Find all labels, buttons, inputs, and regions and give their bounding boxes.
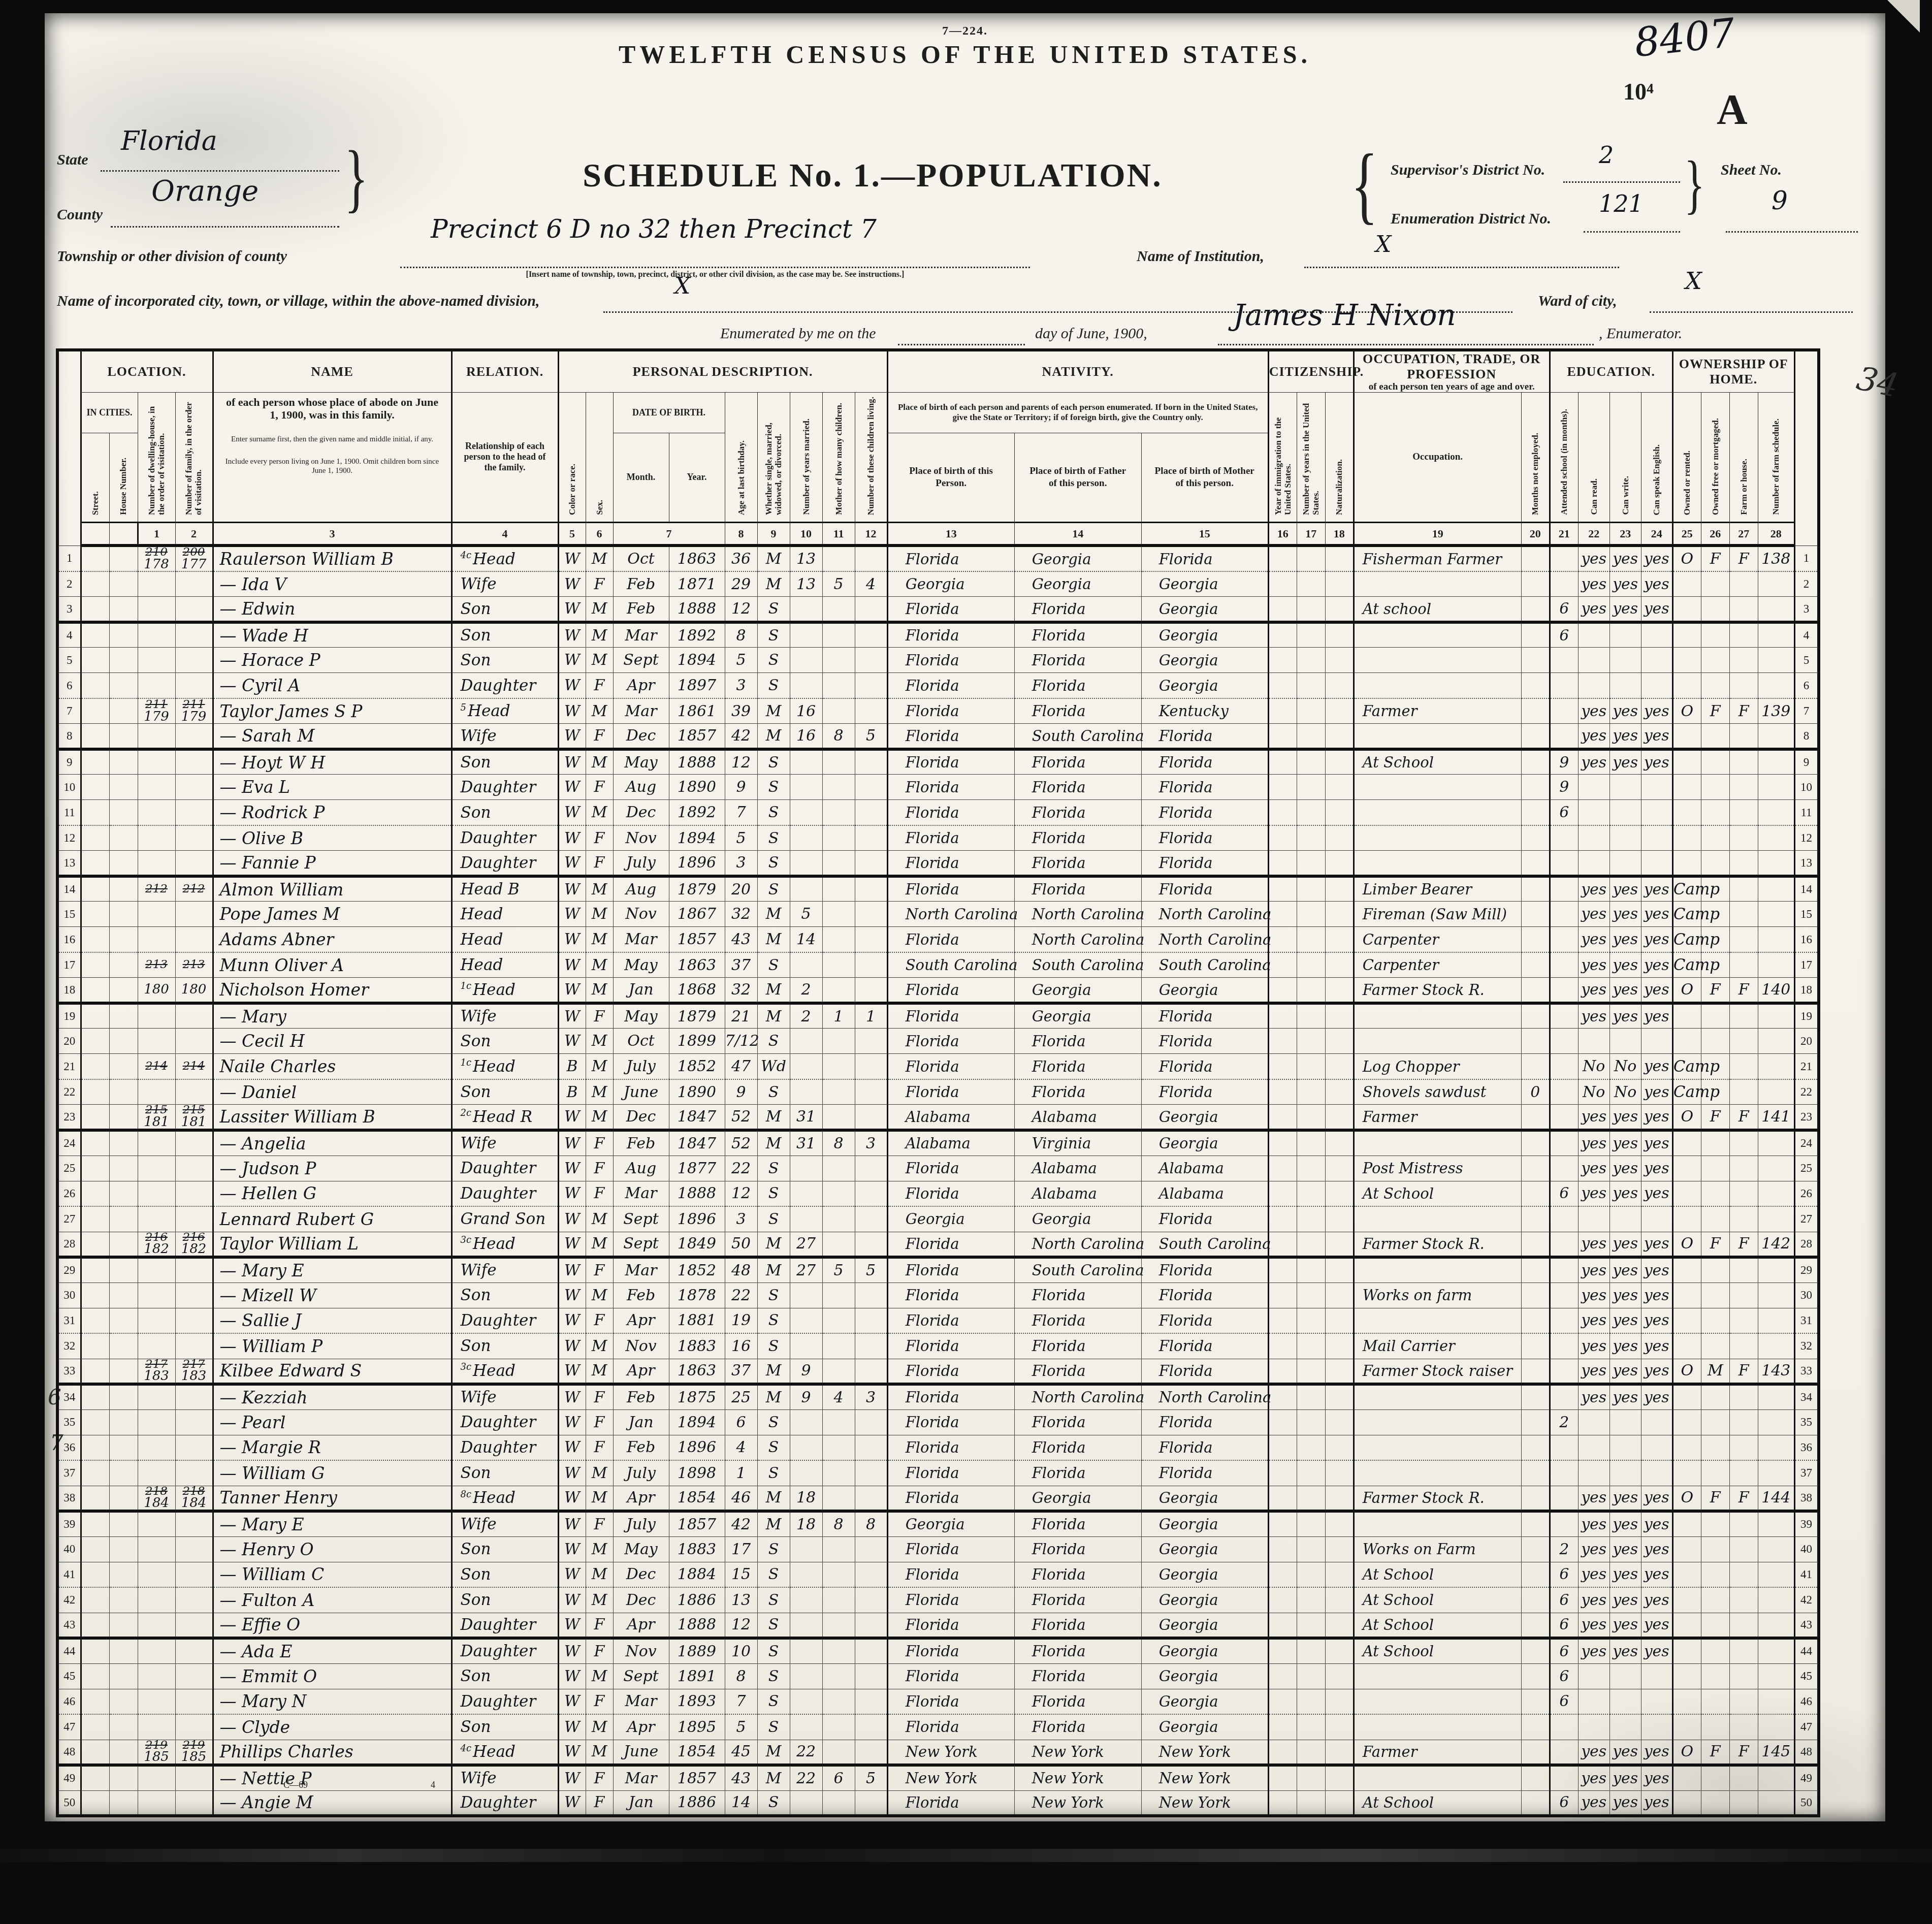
cell-immigration-year [1268,851,1297,876]
table-row: 14212212Almon WilliamHead BWMAug187920SF… [57,876,1819,902]
cell-house-number [109,1460,138,1486]
house-number-header: House Number. [109,433,138,522]
cell-sex: F [586,1613,613,1638]
cell-dwelling-number: 215181 [138,1105,175,1130]
cell-attended-school [1550,1308,1578,1333]
cell-can-speak-english: yes [1641,876,1672,902]
cell-birthplace: Florida [887,1003,1014,1029]
cell-owned-free-or-mortgaged [1701,1409,1729,1435]
cell-birth-month: July [613,1460,669,1486]
cell-years-in-us [1297,597,1325,622]
ward-value: X [1685,267,1702,295]
cell-farm-or-house [1729,1206,1758,1232]
cell-months-not-employed [1521,571,1550,597]
cell-birth-month: Dec [613,1562,669,1587]
row-number-right: 14 [1794,876,1819,902]
cell-farm-or-house [1729,902,1758,927]
cell-birth-month: Apr [613,1714,669,1740]
cell-father-birthplace: Georgia [1014,978,1141,1003]
cell-farm-or-house [1729,622,1758,648]
cell-years-in-us [1297,1740,1325,1765]
table-header: LOCATION. NAME RELATION. PERSONAL DESCRI… [57,350,1819,546]
stamp-letter: A [1717,85,1748,135]
cell-relation: Daughter [452,825,558,851]
cell-birthplace: Florida [887,1689,1014,1714]
cell-street [81,800,109,825]
cell-relation: Son [452,1029,558,1054]
cell-occupation [1354,673,1521,698]
cell-name: — Hellen G [213,1181,452,1206]
cell-birth-month: Feb [613,1384,669,1409]
row-number-right: 1 [1794,546,1819,571]
cell-immigration-year [1268,1409,1297,1435]
cell-dwelling-number [138,749,175,775]
row-number-right: 30 [1794,1282,1819,1308]
cell-children-living [855,952,887,978]
cell-children-living [855,800,887,825]
cell-can-write: yes [1609,1638,1641,1663]
cell-age: 16 [725,1333,757,1359]
row-number-left: 28 [57,1232,81,1257]
cell-birth-month: Nov [613,902,669,927]
cell-age: 52 [725,1130,757,1156]
cell-years-married [790,1790,822,1816]
cell-marital-status: S [757,1435,790,1460]
cell-children-living [855,1714,887,1740]
cell-relation: Son [452,1460,558,1486]
cell-farm-or-house [1729,1663,1758,1689]
cell-can-write: yes [1609,902,1641,927]
cell-years-in-us [1297,1663,1325,1689]
township-note: [Insert name of township, town, precinct… [400,270,1030,279]
column-number-24: 24 [1641,522,1672,546]
cell-birthplace: Florida [887,1156,1014,1181]
cell-months-not-employed [1521,749,1550,775]
cell-family-number [175,1257,213,1282]
cell-street [81,1765,109,1790]
cell-occupation: At School [1354,1613,1521,1638]
table-row: 48219185219185Phillips Charles4cHeadWMJu… [57,1740,1819,1765]
cell-street [81,1308,109,1333]
cell-can-write: yes [1609,1333,1641,1359]
cell-attended-school: 6 [1550,1663,1578,1689]
cell-months-not-employed [1521,952,1550,978]
cell-age: 50 [725,1232,757,1257]
cell-children-living [855,1282,887,1308]
cell-color-race: W [558,876,586,902]
cell-can-speak-english: yes [1641,1257,1672,1282]
cell-years-married [790,1079,822,1105]
cell-naturalization [1325,1536,1354,1562]
cell-marital-status: S [757,800,790,825]
cell-father-birthplace: Florida [1014,648,1141,673]
cell-family-number: 218184 [175,1486,213,1511]
cell-birth-year: 1857 [669,1765,725,1790]
row-number-left: 7 [57,698,81,724]
cell-marital-status: S [757,1206,790,1232]
location-group-header: LOCATION. [81,350,213,392]
cell-owned-free-or-mortgaged [1701,1156,1729,1181]
cell-attended-school [1550,1029,1578,1054]
cell-can-speak-english: yes [1641,1003,1672,1029]
cell-children-living: 3 [855,1384,887,1409]
cell-birthplace: Florida [887,1587,1014,1613]
cell-years-married: 22 [790,1740,822,1765]
cell-house-number [109,825,138,851]
cell-years-in-us [1297,1511,1325,1536]
cell-owned-or-rented [1672,1663,1701,1689]
cell-house-number [109,622,138,648]
cell-immigration-year [1268,1435,1297,1460]
cell-immigration-year [1268,546,1297,571]
cell-mother-birthplace: Georgia [1141,1613,1268,1638]
cell-months-not-employed [1521,1689,1550,1714]
cell-children-living [855,1409,887,1435]
cell-birth-month: Jan [613,1790,669,1816]
cell-can-read [1578,1206,1609,1232]
cell-relation: Son [452,648,558,673]
cell-can-read: yes [1578,876,1609,902]
cell-attended-school [1550,1435,1578,1460]
cell-age: 6 [725,1409,757,1435]
table-row: 1210178200177Raulerson William B4cHeadWM… [57,546,1819,571]
cell-naturalization [1325,775,1354,800]
row-number-left: 31 [57,1308,81,1333]
cell-birth-month: Sept [613,1232,669,1257]
cell-mother-birthplace: South Carolina [1141,952,1268,978]
cell-months-not-employed [1521,800,1550,825]
cell-owned-or-rented: O [1672,978,1701,1003]
month-header: Month. [613,433,669,522]
table-row: 10— Eva LDaughterWFAug18909SFloridaFlori… [57,775,1819,800]
cell-sex: M [586,1740,613,1765]
cell-months-not-employed [1521,1460,1550,1486]
cell-birth-month: Sept [613,1663,669,1689]
cell-can-speak-english: yes [1641,902,1672,927]
cell-months-not-employed [1521,978,1550,1003]
cell-years-in-us [1297,698,1325,724]
cell-can-write [1609,1663,1641,1689]
cell-house-number [109,800,138,825]
cell-color-race: W [558,571,586,597]
cell-name: Nicholson Homer [213,978,452,1003]
cell-mother-birthplace: Florida [1141,1206,1268,1232]
cell-years-in-us [1297,648,1325,673]
cell-attended-school [1550,1003,1578,1029]
cell-birthplace: Florida [887,825,1014,851]
cell-birth-month: Mar [613,927,669,952]
cell-months-not-employed [1521,1714,1550,1740]
cell-family-number [175,1511,213,1536]
cell-age: 42 [725,724,757,749]
cell-birth-year: 1896 [669,851,725,876]
cell-years-in-us [1297,902,1325,927]
cell-birth-month: Feb [613,1435,669,1460]
cell-owned-free-or-mortgaged [1701,775,1729,800]
cell-farm-or-house [1729,1790,1758,1816]
cell-family-number [175,1308,213,1333]
cell-color-race: W [558,1384,586,1409]
cell-farm-or-house [1729,1765,1758,1790]
cell-house-number [109,1282,138,1308]
cell-birthplace: Florida [887,1613,1014,1638]
cell-children-living [855,1740,887,1765]
cell-can-read: yes [1578,1282,1609,1308]
cell-sex: F [586,1308,613,1333]
cell-name: — Daniel [213,1079,452,1105]
table-row: 24— AngeliaWifeWFFeb184752M3183AlabamaVi… [57,1130,1819,1156]
cell-farm-or-house [1729,1282,1758,1308]
left-brace: } [344,134,368,221]
cell-mother-of-children: 1 [822,1003,855,1029]
cell-sex: M [586,1562,613,1587]
cell-occupation: Farmer Stock R. [1354,1232,1521,1257]
row-number-left: 29 [57,1257,81,1282]
row-number-left: 27 [57,1206,81,1232]
cell-family-number [175,1536,213,1562]
cell-mother-birthplace: Florida [1141,1282,1268,1308]
cell-birthplace: North Carolina [887,902,1014,927]
cell-years-in-us [1297,749,1325,775]
cell-can-speak-english: yes [1641,1054,1672,1079]
cell-years-in-us [1297,1409,1325,1435]
cell-birth-month: Feb [613,597,669,622]
cell-dwelling-number: 180 [138,978,175,1003]
cell-street [81,1613,109,1638]
cell-birth-month: Feb [613,1130,669,1156]
cell-can-read [1578,673,1609,698]
cell-dwelling-number [138,1156,175,1181]
cell-mother-birthplace: Florida [1141,1409,1268,1435]
cell-father-birthplace: Florida [1014,1613,1141,1638]
city-value: X [674,273,690,299]
cell-birth-month: Apr [613,1359,669,1384]
row-number-right: 37 [1794,1460,1819,1486]
cell-immigration-year [1268,1562,1297,1587]
cell-months-not-employed [1521,1105,1550,1130]
cell-owned-free-or-mortgaged [1701,1003,1729,1029]
cell-name: — Judson P [213,1156,452,1181]
row-number-right: 38 [1794,1486,1819,1511]
cell-age: 32 [725,978,757,1003]
cell-years-married [790,851,822,876]
cell-birth-year: 1893 [669,1689,725,1714]
cell-birth-year: 1868 [669,978,725,1003]
cell-can-speak-english: yes [1641,1232,1672,1257]
cell-birthplace: Alabama [887,1130,1014,1156]
cell-name: — Olive B [213,825,452,851]
cell-birth-year: 1884 [669,1562,725,1587]
cell-birth-month: May [613,749,669,775]
cell-years-in-us [1297,1333,1325,1359]
cell-years-married: 18 [790,1511,822,1536]
col25-header: Owned or rented. [1672,392,1701,522]
cell-can-read [1578,1460,1609,1486]
cell-mother-birthplace: Kentucky [1141,698,1268,724]
cell-naturalization [1325,648,1354,673]
cell-relation: Head [452,927,558,952]
cell-family-number [175,1384,213,1409]
cell-age: 9 [725,775,757,800]
cell-family-number [175,673,213,698]
cell-age: 48 [725,1257,757,1282]
cell-birthplace: Florida [887,978,1014,1003]
cell-father-birthplace: Florida [1014,1511,1141,1536]
cell-farm-or-house [1729,1003,1758,1029]
cell-can-read: yes [1578,1333,1609,1359]
cell-age: 46 [725,1486,757,1511]
cell-sex: M [586,1663,613,1689]
cell-family-number [175,1409,213,1435]
row-number-right: 49 [1794,1765,1819,1790]
row-number-right: 17 [1794,952,1819,978]
cell-name: — Eva L [213,775,452,800]
cell-immigration-year [1268,1181,1297,1206]
cell-birth-year: 1878 [669,1282,725,1308]
cell-attended-school [1550,1054,1578,1079]
cell-family-number: 219185 [175,1740,213,1765]
cell-can-write: yes [1609,1384,1641,1409]
column-number-20: 20 [1521,522,1550,546]
cell-years-in-us [1297,978,1325,1003]
cell-birth-year: 1898 [669,1460,725,1486]
cell-mother-of-children [822,1663,855,1689]
cell-dwelling-number [138,571,175,597]
cell-marital-status: S [757,1156,790,1181]
cell-birth-year: 1883 [669,1333,725,1359]
cell-color-race: W [558,1460,586,1486]
cell-can-write: yes [1609,1181,1641,1206]
cell-owned-or-rented: Camp [1672,876,1701,902]
cell-attended-school [1550,1079,1578,1105]
cell-years-married [790,1054,822,1079]
cell-mother-of-children [822,1790,855,1816]
cell-marital-status: S [757,1181,790,1206]
cell-owned-or-rented [1672,1029,1701,1054]
cell-occupation: Works on Farm [1354,1536,1521,1562]
cell-farm-schedule-number: 144 [1758,1486,1794,1511]
cell-house-number [109,1511,138,1536]
cell-can-read: yes [1578,978,1609,1003]
cell-farm-schedule-number [1758,1511,1794,1536]
row-number-left: 36 [57,1435,81,1460]
cell-relation: Daughter [452,1613,558,1638]
cell-street [81,648,109,673]
cell-mother-birthplace: New York [1141,1765,1268,1790]
column-number-26: 26 [1701,522,1729,546]
cell-years-in-us [1297,1714,1325,1740]
cell-can-read: yes [1578,698,1609,724]
cell-mother-of-children [822,851,855,876]
cell-marital-status: S [757,1333,790,1359]
cell-age: 8 [725,1663,757,1689]
cell-owned-or-rented [1672,1282,1701,1308]
cell-name: Munn Oliver A [213,952,452,978]
cell-immigration-year [1268,673,1297,698]
cell-birth-month: May [613,1536,669,1562]
cell-years-married [790,749,822,775]
cell-naturalization [1325,1029,1354,1054]
cell-sex: F [586,1689,613,1714]
cell-farm-schedule-number [1758,673,1794,698]
cell-can-speak-english: yes [1641,1156,1672,1181]
table-row: 34— KezziahWifeWFFeb187525M943FloridaNor… [57,1384,1819,1409]
cell-naturalization [1325,1308,1354,1333]
cell-name: Kilbee Edward S [213,1359,452,1384]
cell-owned-free-or-mortgaged [1701,673,1729,698]
cell-naturalization [1325,825,1354,851]
row-number-right: 16 [1794,927,1819,952]
cell-birth-year: 1894 [669,648,725,673]
cell-dwelling-number [138,1029,175,1054]
cell-birthplace: Alabama [887,1105,1014,1130]
cell-birthplace: Georgia [887,1511,1014,1536]
cell-can-read: yes [1578,1562,1609,1587]
cell-owned-free-or-mortgaged: F [1701,1232,1729,1257]
row-number-right: 47 [1794,1714,1819,1740]
cell-house-number [109,1638,138,1663]
cell-marital-status: M [757,1740,790,1765]
cell-street [81,1156,109,1181]
cell-farm-schedule-number [1758,1384,1794,1409]
cell-name: — Sallie J [213,1308,452,1333]
cell-months-not-employed [1521,1765,1550,1790]
cell-marital-status: S [757,673,790,698]
cell-farm-schedule-number [1758,1054,1794,1079]
cell-sex: F [586,1257,613,1282]
cell-years-married [790,1714,822,1740]
row-number-left: 19 [57,1003,81,1029]
cell-marital-status: M [757,902,790,927]
cell-father-birthplace: Florida [1014,800,1141,825]
cell-can-write: yes [1609,1359,1641,1384]
cell-years-in-us [1297,1003,1325,1029]
cell-birth-year: 1896 [669,1206,725,1232]
column-number-7: 7 [613,522,725,546]
cell-dwelling-number [138,1206,175,1232]
cell-owned-free-or-mortgaged: F [1701,1740,1729,1765]
cell-attended-school [1550,698,1578,724]
cell-owned-or-rented [1672,571,1701,597]
cell-mother-of-children [822,1638,855,1663]
cell-house-number [109,749,138,775]
cell-father-birthplace: North Carolina [1014,1384,1141,1409]
cell-name: — Fulton A [213,1587,452,1613]
cell-years-married [790,952,822,978]
institution-label: Name of Institution, [1137,248,1264,265]
row-number-left: 5 [57,648,81,673]
table-row: 8— Sarah MWifeWFDec185742M1685FloridaSou… [57,724,1819,749]
cell-occupation [1354,1511,1521,1536]
row-number-left: 32 [57,1333,81,1359]
cell-marital-status: M [757,1105,790,1130]
cell-street [81,1232,109,1257]
cell-occupation: At School [1354,749,1521,775]
cell-immigration-year [1268,1740,1297,1765]
cell-birth-month: Aug [613,876,669,902]
margin-note-right: 34 [1853,360,1902,405]
supervisor-label: Supervisor's District No. [1391,162,1545,179]
cell-farm-schedule-number [1758,1765,1794,1790]
cell-attended-school: 6 [1550,1181,1578,1206]
cell-years-in-us [1297,775,1325,800]
cell-family-number [175,1689,213,1714]
cell-name: — Henry O [213,1536,452,1562]
cell-attended-school: 6 [1550,1562,1578,1587]
cell-attended-school [1550,1206,1578,1232]
cell-father-birthplace: Florida [1014,1460,1141,1486]
cell-birth-year: 1892 [669,800,725,825]
